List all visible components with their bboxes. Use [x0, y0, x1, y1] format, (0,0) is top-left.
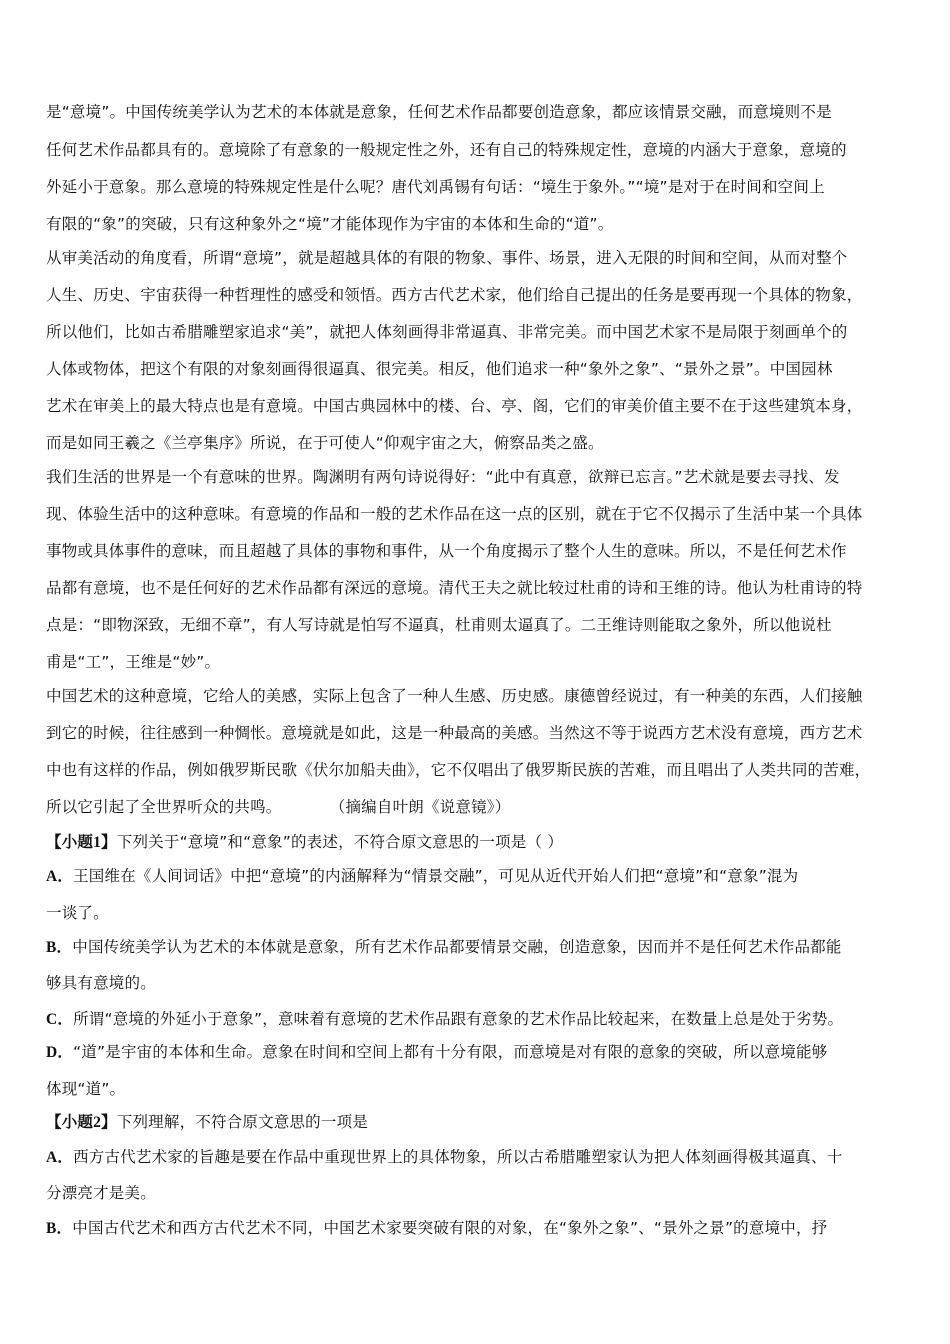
text-line: 有限的“象”的突破，只有这种象外之“境”才能体现作为宇宙的本体和生命的“道”。	[46, 214, 613, 234]
text-line: 现、体验生活中的这种意味。有意境的作品和一般的艺术作品在这一点的区别，就在于它不…	[46, 504, 862, 524]
option-letter: B．	[46, 1220, 72, 1237]
text-line: 中也有这样的作品，例如俄罗斯民歌《伏尔加船夫曲》，它不仅唱出了俄罗斯民族的苦难，…	[46, 760, 870, 780]
option-text: 中国传统美学认为艺术的本体就是意象，所有艺术作品都要情景交融，创造意象，因而并不…	[72, 938, 841, 956]
text-line: 我们生活的世界是一个有意味的世界。陶渊明有两句诗说得好：“此中有真意，欲辩已忘言…	[46, 467, 840, 487]
text-line: 中国艺术的这种意境，它给人的美感，实际上包含了一种人生感、历史感。康德曾经说过，…	[46, 686, 862, 706]
option-letter: A．	[46, 868, 73, 885]
text-line: 所以他们，比如古希腊雕塑家追求“美”，就把人体刻画得非常逼真、非常完美。而中国艺…	[46, 322, 847, 342]
text-line-content: 所以它引起了全世界听众的共鸣。	[46, 798, 282, 816]
text-line: 人体或物体，把这个有限的对象刻画得很逼真、很完美。相反，他们追求一种“象外之象”…	[46, 359, 833, 379]
option-line: B．中国传统美学认为艺术的本体就是意象，所有艺术作品都要情景交融，创造意象，因而…	[46, 937, 842, 958]
option-letter: B．	[46, 939, 72, 956]
option-letter: D．	[46, 1044, 73, 1061]
option-text: “道”是宇宙的本体和生命。意象在时间和空间上都有十分有限，而意境是对有限的意象的…	[73, 1043, 827, 1061]
option-line: 分漂亮才是美。	[46, 1183, 156, 1203]
text-line: 所以它引起了全世界听众的共鸣。（摘编自叶朗《说意镜》）	[46, 797, 510, 817]
option-line: 体现“道”。	[46, 1079, 125, 1099]
text-line: 甫是“工”，王维是“妙”。	[46, 652, 220, 672]
option-text: 西方古代艺术家的旨趣是要在作品中重现世界上的具体物象，所以古希腊雕塑家认为把人体…	[73, 1148, 842, 1166]
text-line: 到它的时候，往往感到一种惆怅。意境就是如此，这是一种最高的美感。当然这不等于说西…	[46, 723, 862, 743]
option-line: D．“道”是宇宙的本体和生命。意象在时间和空间上都有十分有限，而意境是对有限的意…	[46, 1042, 827, 1063]
option-line: C．所谓“意境的外延小于意象”，意味着有意境的艺术作品跟有意象的艺术作品比较起来…	[46, 1009, 843, 1030]
option-text: 中国古代艺术和西方古代艺术不同，中国艺术家要突破有限的对象，在“象外之象”、“景…	[72, 1219, 827, 1237]
question-label: 【小题1】	[46, 834, 117, 851]
text-line: 艺术在审美上的最大特点也是有意境。中国古典园林中的楼、台、亭、阁，它们的审美价值…	[46, 396, 862, 416]
text-line: 外延小于意象。那么意境的特殊规定性是什么呢？唐代刘禹锡有句话：“境生于象外。”“…	[46, 177, 825, 197]
option-text: 所谓“意境的外延小于意象”，意味着有意境的艺术作品跟有意象的艺术作品比较起来，在…	[73, 1010, 843, 1028]
option-letter: A．	[46, 1149, 73, 1166]
text-line: 任何艺术作品都具有的。意境除了有意象的一般规定性之外，还有自己的特殊规定性，意境…	[46, 140, 847, 160]
text-line: 从审美活动的角度看，所谓“意境”，就是超越具体的有限的物象、事件、场景，进入无限…	[46, 248, 847, 268]
question-stem-text: 下列关于“意境”和“意象”的表述，不符合原文意思的一项是（ ）	[117, 833, 563, 851]
question-stem: 【小题1】下列关于“意境”和“意象”的表述，不符合原文意思的一项是（ ）	[46, 832, 563, 853]
question-label: 【小题2】	[46, 1114, 117, 1131]
option-line: A．西方古代艺术家的旨趣是要在作品中重现世界上的具体物象，所以古希腊雕塑家认为把…	[46, 1147, 842, 1168]
text-line: 品都有意境，也不是任何好的艺术作品都有深远的意境。清代王夫之就比较过杜甫的诗和王…	[46, 578, 862, 598]
option-text: 王国维在《人间词话》中把“意境”的内涵解释为“情景交融”，可见从近代开始人们把“…	[73, 867, 798, 885]
question-stem-text: 下列理解，不符合原文意思的一项是	[117, 1113, 368, 1131]
text-line: 是“意境”。中国传统美学认为艺术的本体就是意象，任何艺术作品都要创造意象，都应该…	[46, 102, 832, 122]
option-line: 一谈了。	[46, 903, 109, 923]
text-line: 而是如同王羲之《兰亭集序》所说，在于可使人“仰观宇宙之大，俯察品类之盛。	[46, 433, 604, 453]
option-letter: C．	[46, 1011, 73, 1028]
option-line: 够具有意境的。	[46, 973, 156, 993]
option-line: B．中国古代艺术和西方古代艺术不同，中国艺术家要突破有限的对象，在“象外之象”、…	[46, 1218, 827, 1239]
text-line: 点是：“即物深致，无细不章”，有人写诗就是怕写不逼真，杜甫则太逼真了。二王维诗则…	[46, 615, 832, 635]
text-line: 事物或具体事件的意味，而且超越了具体的事物和事件，从一个角度揭示了整个人生的意味…	[46, 541, 847, 561]
text-line: 人生、历史、宇宙获得一种哲理性的感受和领悟。西方古代艺术家，他们给自己提出的任务…	[46, 285, 862, 305]
option-line: A．王国维在《人间词话》中把“意境”的内涵解释为“情景交融”，可见从近代开始人们…	[46, 866, 798, 887]
source-citation: （摘编自叶朗《说意镜》）	[338, 798, 511, 816]
question-stem: 【小题2】下列理解，不符合原文意思的一项是	[46, 1112, 368, 1133]
